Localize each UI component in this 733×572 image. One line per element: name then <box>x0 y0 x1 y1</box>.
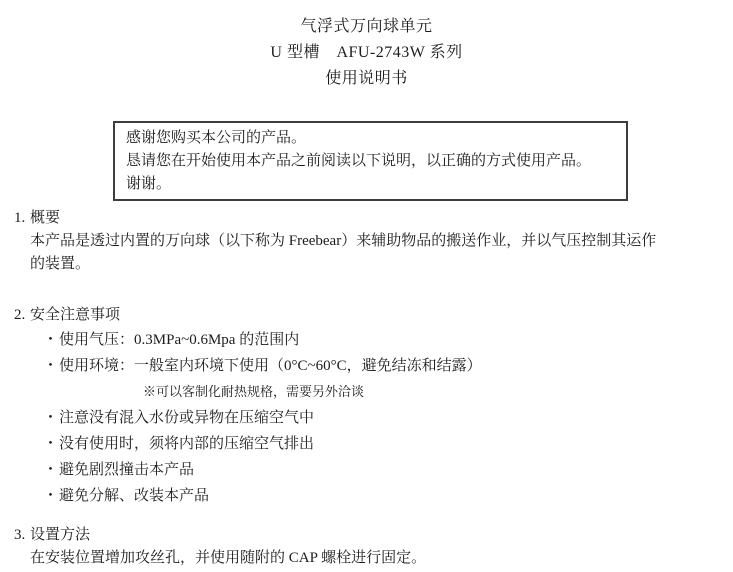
notice-box: 感谢您购买本公司的产品。 恳请您在开始使用本产品之前阅读以下说明，以正确的方式使… <box>113 121 628 201</box>
bullet-text: 使用气压：0.3MPa~0.6Mpa 的范围内 <box>59 332 299 348</box>
body-text-line: 本产品是透过内置的万向球（以下称为 Freebear）来辅助物品的搬送作业，并以… <box>30 230 733 253</box>
safety-bullet-list: ・使用气压：0.3MPa~0.6Mpa 的范围内 ・使用环境：一般室内环境下使用… <box>0 327 733 379</box>
section-overview-body: 本产品是透过内置的万向球（以下称为 Freebear）来辅助物品的搬送作业，并以… <box>0 230 733 276</box>
bullet-marker: ・ <box>43 462 58 478</box>
bullet-marker: ・ <box>43 488 58 504</box>
section-installation: 3.设置方法 在安装位置增加攻丝孔，并使用随附的 CAP 螺栓进行固定。 <box>0 524 733 570</box>
document-title: 气浮式万向球单元 <box>0 14 733 40</box>
bullet-text: 避免分解、改装本产品 <box>59 488 209 504</box>
bullet-text: 避免剧烈撞击本产品 <box>59 462 194 478</box>
bullet-item-no-impact: ・避免剧烈撞击本产品 <box>0 457 733 483</box>
notice-line-read-first: 恳请您在开始使用本产品之前阅读以下说明，以正确的方式使用产品。 <box>126 150 615 173</box>
section-overview: 1.概要 本产品是透过内置的万向球（以下称为 Freebear）来辅助物品的搬送… <box>0 207 733 276</box>
section-installation-body: 在安装位置增加攻丝孔，并使用随附的 CAP 螺栓进行固定。 <box>0 547 733 570</box>
bullet-marker: ・ <box>43 436 58 452</box>
bullet-text: 注意没有混入水份或异物在压缩空气中 <box>59 410 314 426</box>
section-number: 1. <box>14 207 30 230</box>
section-safety-precautions: 2.安全注意事项 ・使用气压：0.3MPa~0.6Mpa 的范围内 ・使用环境：… <box>0 304 733 509</box>
section-heading-label: 概要 <box>30 210 60 226</box>
document-title-block: 气浮式万向球单元 U 型槽 AFU-2743W 系列 使用说明书 <box>0 0 733 92</box>
bullet-item-air-pressure: ・使用气压：0.3MPa~0.6Mpa 的范围内 <box>0 327 733 353</box>
manual-document-page: 气浮式万向球单元 U 型槽 AFU-2743W 系列 使用说明书 感谢您购买本公… <box>0 0 733 572</box>
section-number: 3. <box>14 524 30 547</box>
bullet-marker: ・ <box>43 332 58 348</box>
bullet-item-environment: ・使用环境：一般室内环境下使用（0°C~60°C，避免结冻和结露） <box>0 353 733 379</box>
notice-line-closing: 谢谢。 <box>126 173 615 196</box>
section-installation-heading: 3.设置方法 <box>0 524 733 547</box>
notice-line-thanks: 感谢您购买本公司的产品。 <box>126 127 615 150</box>
bullet-marker: ・ <box>43 358 58 374</box>
document-subtitle-series: U 型槽 AFU-2743W 系列 <box>0 40 733 66</box>
body-text-line: 在安装位置增加攻丝孔，并使用随附的 CAP 螺栓进行固定。 <box>30 547 733 570</box>
bullet-item-release-air: ・没有使用时，须将内部的压缩空气排出 <box>0 431 733 457</box>
body-text-line: 的装置。 <box>30 253 733 276</box>
section-overview-heading: 1.概要 <box>0 207 733 230</box>
bullet-marker: ・ <box>43 410 58 426</box>
safety-bullet-list: ・注意没有混入水份或异物在压缩空气中 ・没有使用时，须将内部的压缩空气排出 ・避… <box>0 405 733 509</box>
document-subtitle-manual: 使用说明书 <box>0 66 733 92</box>
bullet-text: 使用环境：一般室内环境下使用（0°C~60°C，避免结冻和结露） <box>59 358 482 374</box>
bullet-text: 没有使用时，须将内部的压缩空气排出 <box>59 436 314 452</box>
section-number: 2. <box>14 304 30 327</box>
section-heading-label: 设置方法 <box>30 527 90 543</box>
bullet-item-no-modification: ・避免分解、改装本产品 <box>0 483 733 509</box>
section-safety-heading: 2.安全注意事项 <box>0 304 733 327</box>
section-heading-label: 安全注意事项 <box>30 307 120 323</box>
custom-heat-resistance-note: ※可以客制化耐热规格，需要另外洽谈 <box>0 379 733 405</box>
bullet-item-no-moisture: ・注意没有混入水份或异物在压缩空气中 <box>0 405 733 431</box>
